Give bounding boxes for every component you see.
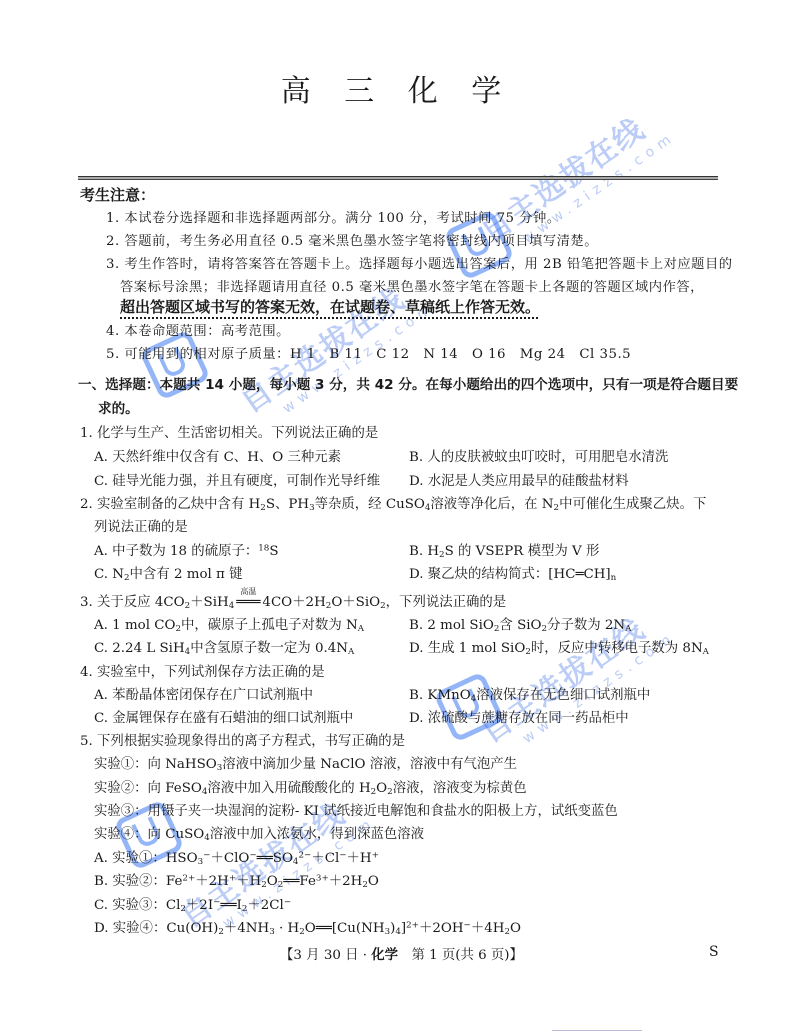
question-5-option-a: A. 实验①：HSO3−＋ClO−══SO42−＋Cl−＋H+ [94,847,379,866]
section-heading-cont: 求的。 [98,397,139,417]
notice-item-3: 3. 考生作答时，请将答案答在答题卡上。选择题每小题选出答案后，用 2B 铅笔把… [106,253,733,272]
experiment-text: 实验④：向 CuSO [94,827,204,842]
question-2-option-d: D. 聚乙炔的结构简式：[HC═CH]n [409,563,616,582]
question-5-option-c: C. 实验③：Cl2＋2I−══I2＋2Cl− [94,894,291,913]
question-1-stem: 1. 化学与生产、生活密切相关。下列说法正确的是 [80,422,378,441]
header-rule [78,176,718,180]
question-4-option-a: A. 苯酚晶体密闭保存在广口试剂瓶中 [94,684,313,703]
footer-page-number: 第 1 页(共 6 页)】 [398,948,523,963]
experiment-text: 溶液，溶液变为棕黄色 [393,781,527,796]
option-text: 含 SiO [499,618,541,633]
option-text: B. KMnO [409,688,471,703]
option-text: B. 2 mol SiO [409,618,494,633]
question-3-option-a: A. 1 mol CO2中，碳原子上孤电子对数为 NA [94,614,364,633]
question-5-experiment-3: 实验③：用镊子夹一块湿润的淀粉- KI 试纸接近电解饱和食盐水的阳极上方，试纸变… [94,800,618,819]
option-text: B. H [409,544,439,559]
question-1-option-b: B. 人的皮肤被蚊虫叮咬时，可用肥皂水清洗 [409,446,668,465]
notice-item-5: 5. 可能用到的相对原子质量：H 1 B 11 C 12 N 14 O 16 M… [106,343,631,362]
notice-item-3-emphasis: 超出答题区域书写的答案无效，在试题卷、草稿纸上作答无效。 [120,296,540,317]
option-text: A. 中子数为 18 的硫原子： [94,544,258,559]
question-3-option-d: D. 生成 1 mol SiO2时，反应中转移电子数为 8NA [409,637,709,656]
question-5-experiment-4: 实验④：向 CuSO4溶液中加入浓氨水，得到深蓝色溶液 [94,823,424,842]
question-3-stem: 3. 关于反应 4CO2＋SiH4高温═══4CO＋2H2O＋SiO2，下列说法… [80,591,506,610]
question-4-stem: 4. 实验室中，下列试剂保存方法正确的是 [80,661,325,680]
question-5-experiment-2: 实验②：向 FeSO4溶液中加入用硫酸酸化的 H2O2溶液，溶液变为棕黄色 [94,777,527,796]
question-5-experiment-1: 实验①：向 NaHSO3溶液中滴加少量 NaClO 溶液，溶液中有气泡产生 [94,753,517,772]
reaction-arrow: 高温═══ [234,595,262,610]
experiment-text: 实验②：向 FeSO [94,781,202,796]
question-5-option-b: B. 实验②：Fe2+＋2H+＋H2O2══Fe3+＋2H2O [94,870,379,889]
question-5-stem: 5. 下列根据实验现象得出的离子方程式，书写正确的是 [80,730,405,749]
question-2-option-c: C. N2中含有 2 mol π 键 [94,563,243,582]
notice-item-4: 4. 本卷命题范围：高考范围。 [106,320,290,339]
question-2-stem-cont: 列说法正确的是 [94,516,188,535]
option-text: A. 1 mol CO [94,618,175,633]
experiment-text: 实验①：向 NaHSO [94,757,217,772]
option-label: C. 实验③： [94,898,166,913]
stem-text: 2. 实验室制备的乙炔中含有 H [80,497,260,512]
question-4-option-d: D. 浓硫酸与蔗糖存放在同一药品柜中 [409,707,629,726]
footer-subject: 化学 [371,948,398,963]
option-label: D. 实验④： [94,921,166,936]
experiment-text: 溶液中加入用硫酸酸化的 H [207,781,370,796]
option-text: 中含有 2 mol π 键 [130,567,243,582]
question-3-option-b: B. 2 mol SiO2含 SiO2分子数为 2NA [409,614,631,633]
stem-text: 3. 关于反应 4CO [80,595,185,610]
option-text: 时，反应中转移电子数为 8N [531,641,703,656]
question-5-option-d: D. 实验④：Cu(OH)2＋4NH3 · H2O══[Cu(NH3)4]2+＋… [94,917,521,936]
option-text: 分子数为 2N [547,618,625,633]
experiment-text: 溶液中加入浓氨水，得到深蓝色溶液 [210,827,424,842]
notice-item-1: 1. 本试卷分选择题和非选择题两部分。满分 100 分，考试时间 75 分钟。 [106,207,561,226]
option-text: C. 2.24 L SiH [94,641,185,656]
question-4-option-c: C. 金属锂保存在盛有石蜡油的细口试剂瓶中 [94,707,353,726]
question-1-option-c: C. 硅导光能力强，并且有硬度，可制作光导纤维 [94,470,380,489]
polymer-formula: [HC═CH] [548,567,610,582]
footer-date: 【3 月 30 日 · [280,948,371,963]
option-text: 溶液保存在无色细口试剂瓶中 [476,688,650,703]
option-text: C. N [94,567,124,582]
option-text: 中，碳原子上孤电子对数为 N [181,618,358,633]
footer-code: S [709,944,719,960]
question-4-option-b: B. KMnO4溶液保存在无色细口试剂瓶中 [409,684,650,703]
experiment-text: 溶液中滴加少量 NaClO 溶液，溶液中有气泡产生 [222,757,517,772]
option-text: 中含氢原子数一定为 0.4N [190,641,348,656]
question-2-option-b: B. H2S 的 VSEPR 模型为 V 形 [409,540,599,559]
bottom-divider [552,1030,642,1031]
section-heading: 一、选择题：本题共 14 小题，每小题 3 分，共 42 分。在每小题给出的四个… [78,373,738,393]
question-1-option-d: D. 水泥是人类应用最早的硅酸盐材料 [409,470,629,489]
question-1-option-a: A. 天然纤维中仅含有 C、H、O 三种元素 [94,446,341,465]
stem-text: ，下列说法正确的是 [386,595,507,610]
option-label: B. 实验②： [94,874,166,889]
question-3-option-c: C. 2.24 L SiH4中含氢原子数一定为 0.4NA [94,637,354,656]
page-footer: 【3 月 30 日 · 化学 第 1 页(共 6 页)】 [280,944,523,963]
option-text: D. 聚乙炔的结构简式： [409,567,548,582]
option-text: S 的 VSEPR 模型为 V 形 [445,544,600,559]
notice-item-3-cont: 答案标号涂黑；非选择题请用直径 0.5 毫米黑色墨水签字笔在答题卡上各题的答题区… [120,276,704,295]
option-text: D. 生成 1 mol SiO [409,641,525,656]
notice-item-2: 2. 答题前，考生务必用直径 0.5 毫米黑色墨水签字笔将密封线内项目填写清楚。 [106,230,598,249]
notice-heading: 考生注意： [80,184,155,205]
exam-title: 高 三 化 学 [0,66,794,110]
question-2-stem: 2. 实验室制备的乙炔中含有 H2S、PH3等杂质，经 CuSO4溶液等净化后，… [80,493,706,512]
reaction-condition: 高温 [234,586,262,597]
question-2-option-a: A. 中子数为 18 的硫原子：18S [94,540,279,559]
option-label: A. 实验①： [94,851,166,866]
